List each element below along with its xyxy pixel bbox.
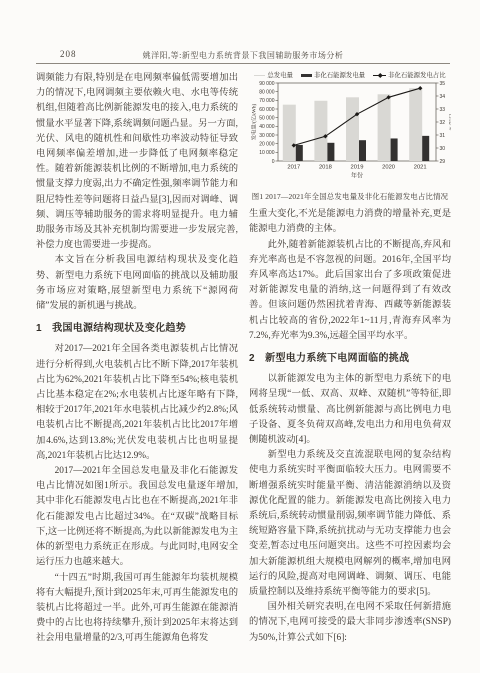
svg-text:发电量/(亿kWh): 发电量/(亿kWh) xyxy=(250,104,258,141)
legend-label: 非化石能源发电占比 xyxy=(388,71,446,80)
svg-text:90 000: 90 000 xyxy=(259,81,275,87)
svg-text:70 000: 70 000 xyxy=(259,98,275,104)
section-2-heading: 2 新型电力系统下电网面临的挑战 xyxy=(249,351,451,366)
svg-text:32: 32 xyxy=(440,120,446,126)
para-paper-intro: 本文旨在分析我国电源结构现状及变化趋势、新型电力系统下电网面临的挑战以及辅助服务… xyxy=(36,253,238,314)
right-column: 总发电量 非化石能源发电量 非化石能源发电占比 010 00020 00030 … xyxy=(249,71,451,647)
legend-item-nonfossil-share: 非化石能源发电占比 xyxy=(373,71,446,80)
running-title: 姚洋阳,等:新型电力系统背景下我国辅助服务市场分析 xyxy=(36,50,450,61)
legend-label: 非化石能源发电量 xyxy=(314,71,365,80)
svg-text:30: 30 xyxy=(440,146,446,152)
bar-dark-swatch-icon xyxy=(301,74,312,78)
para-installed-capacity: 对2017—2021年全国各类电源装机占比情况进行分析得到,火电装机占比不断下降… xyxy=(36,342,238,464)
svg-text:10 000: 10 000 xyxy=(259,150,275,156)
svg-text:2019: 2019 xyxy=(351,165,364,171)
chart-legend: 总发电量 非化石能源发电量 非化石能源发电占比 xyxy=(249,71,451,80)
svg-text:占比/%: 占比/% xyxy=(448,114,452,131)
line-marker-swatch-icon xyxy=(373,75,386,76)
legend-item-nonfossil-generation: 非化石能源发电量 xyxy=(301,71,365,80)
svg-text:2017: 2017 xyxy=(287,165,300,171)
svg-text:80 000: 80 000 xyxy=(259,89,275,95)
para-role-continuation: 生重大变化,不光是能源电力消费的增量补充,更是能源电力消费的主体。 xyxy=(249,207,451,237)
svg-text:33: 33 xyxy=(440,107,446,113)
svg-text:29: 29 xyxy=(440,159,446,165)
svg-text:2020: 2020 xyxy=(382,165,395,171)
legend-label: 总发电量 xyxy=(267,71,293,80)
svg-text:30 000: 30 000 xyxy=(259,133,275,139)
section-1-heading: 1 我国电源结构现状及变化趋势 xyxy=(36,321,238,336)
page-header: 208 姚洋阳,等:新型电力系统背景下我国辅助服务市场分析 xyxy=(36,49,450,64)
svg-text:2021: 2021 xyxy=(414,165,427,171)
para-snsp: 国外相关研究表明,在电网不采取任何新措施的情况下,电网可接受的最大非同步渗透率(… xyxy=(249,600,451,646)
svg-text:年份: 年份 xyxy=(351,172,363,180)
svg-text:50 000: 50 000 xyxy=(259,115,275,121)
svg-text:2018: 2018 xyxy=(319,165,332,171)
svg-text:40 000: 40 000 xyxy=(259,124,275,130)
left-column: 调频能力有限,特别是在电网频率偏低需要增加出力的情况下,电网调频主要依赖火电、水… xyxy=(36,71,238,647)
svg-text:0: 0 xyxy=(272,159,275,165)
svg-text:31: 31 xyxy=(440,133,446,139)
para-total-generation: 2017—2021年全国总发电量及非化石能源发电占比情况如图1所示。我国总发电量… xyxy=(36,464,238,570)
svg-text:20 000: 20 000 xyxy=(259,141,275,147)
diamond-marker-icon xyxy=(378,73,383,78)
para-realtime-balance: 新型电力系统及交直流混联电网的复杂结构使电力系统实时平衡面临较大压力。电网需要不… xyxy=(249,448,451,600)
para-grid-features: 以新能源发电为主体的新型电力系统下的电网将呈现“一低、双高、双峰、双随机”等特征… xyxy=(249,372,451,448)
figure1-chart: 010 00020 00030 00040 00050 00060 00070 … xyxy=(249,80,451,184)
figure-1: 总发电量 非化石能源发电量 非化石能源发电占比 010 00020 00030 … xyxy=(249,71,451,202)
svg-text:35: 35 xyxy=(440,81,446,87)
paper-page: 208 姚洋阳,等:新型电力系统背景下我国辅助服务市场分析 调频能力有限,特别是… xyxy=(0,0,480,673)
legend-item-total-generation: 总发电量 xyxy=(254,71,293,80)
para-14th-five-year-plan: “十四五”时期,我国可再生能源年均装机规模将有大幅提升,预计到2025年末,可再… xyxy=(36,571,238,647)
para-freq-regulation: 调频能力有限,特别是在电网频率偏低需要增加出力的情况下,电网调频主要依赖火电、水… xyxy=(36,71,238,253)
para-curtailment: 此外,随着新能源装机占比的不断提高,弃风和弃光率高也是不容忽视的问题。2016年… xyxy=(249,238,451,344)
figure-caption: 图1 2017—2021年全国总发电量及非化石能源发电占比情况 xyxy=(249,192,451,202)
bar-light-swatch-icon xyxy=(254,75,265,77)
svg-text:60 000: 60 000 xyxy=(259,107,275,113)
two-column-body: 调频能力有限,特别是在电网频率偏低需要增加出力的情况下,电网调频主要依赖火电、水… xyxy=(36,71,451,647)
svg-text:34: 34 xyxy=(440,94,446,100)
